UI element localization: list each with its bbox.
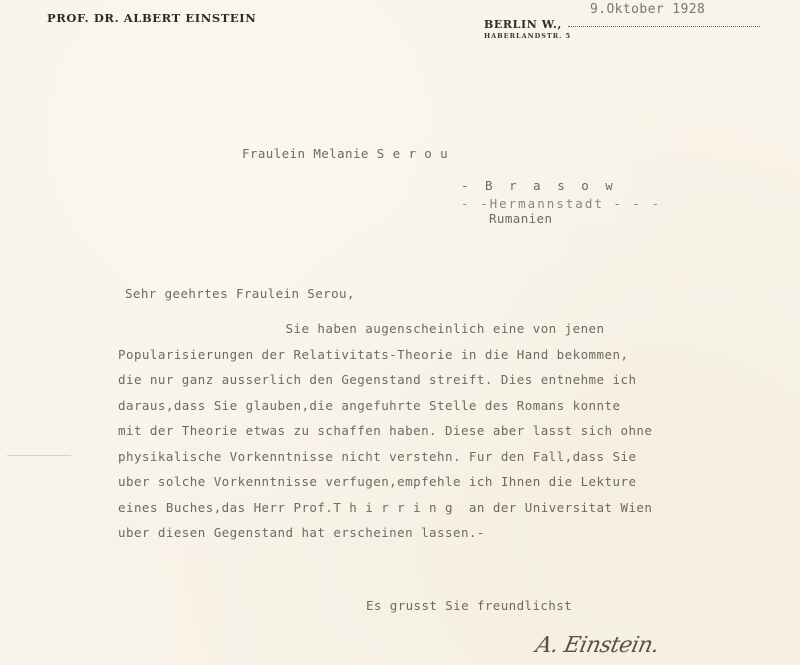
body-line: Popularisierungen der Relativitats-Theor… <box>118 342 652 368</box>
body-line: eines Buches,das Herr Prof.T h i r r i n… <box>118 495 652 521</box>
date-dotted-line <box>568 26 760 27</box>
signature: A. Einstein. <box>533 633 661 658</box>
recipient-name: Fraulein Melanie S e r o u <box>242 146 448 161</box>
letter-paper: PROF. DR. ALBERT EINSTEIN BERLIN W., HAB… <box>0 0 800 665</box>
letterhead-name: PROF. DR. ALBERT EINSTEIN <box>47 11 256 25</box>
letterhead-street: HABERLANDSTR. 5 <box>484 32 571 40</box>
body-line: Sie haben augenscheinlich eine von jenen <box>118 316 652 342</box>
body-line: uber diesen Gegenstand hat erscheinen la… <box>118 520 652 546</box>
salutation: Sehr geehrtes Fraulein Serou, <box>125 286 355 301</box>
paper-fold-mark <box>7 455 71 456</box>
recipient-city: - B r a s o w <box>461 178 617 193</box>
body-line: daraus,dass Sie glauben,die angefuhrte S… <box>118 393 652 419</box>
letterhead-city: BERLIN W., <box>484 18 562 31</box>
body-line: mit der Theorie etwas zu schaffen haben.… <box>118 418 652 444</box>
letter-body: Sie haben augenscheinlich eine von jenen… <box>118 316 652 546</box>
body-line: die nur ganz ausserlich den Gegenstand s… <box>118 367 652 393</box>
body-line: uber solche Vorkenntnisse verfugen,empfe… <box>118 469 652 495</box>
closing: Es grusst Sie freundlichst <box>366 598 572 613</box>
letter-date: 9.Oktober 1928 <box>590 2 705 17</box>
recipient-struck-line: - -Hermannstadt - - - <box>461 196 661 211</box>
recipient-country: Rumanien <box>489 211 552 226</box>
body-line: physikalische Vorkenntnisse nicht verste… <box>118 444 652 470</box>
